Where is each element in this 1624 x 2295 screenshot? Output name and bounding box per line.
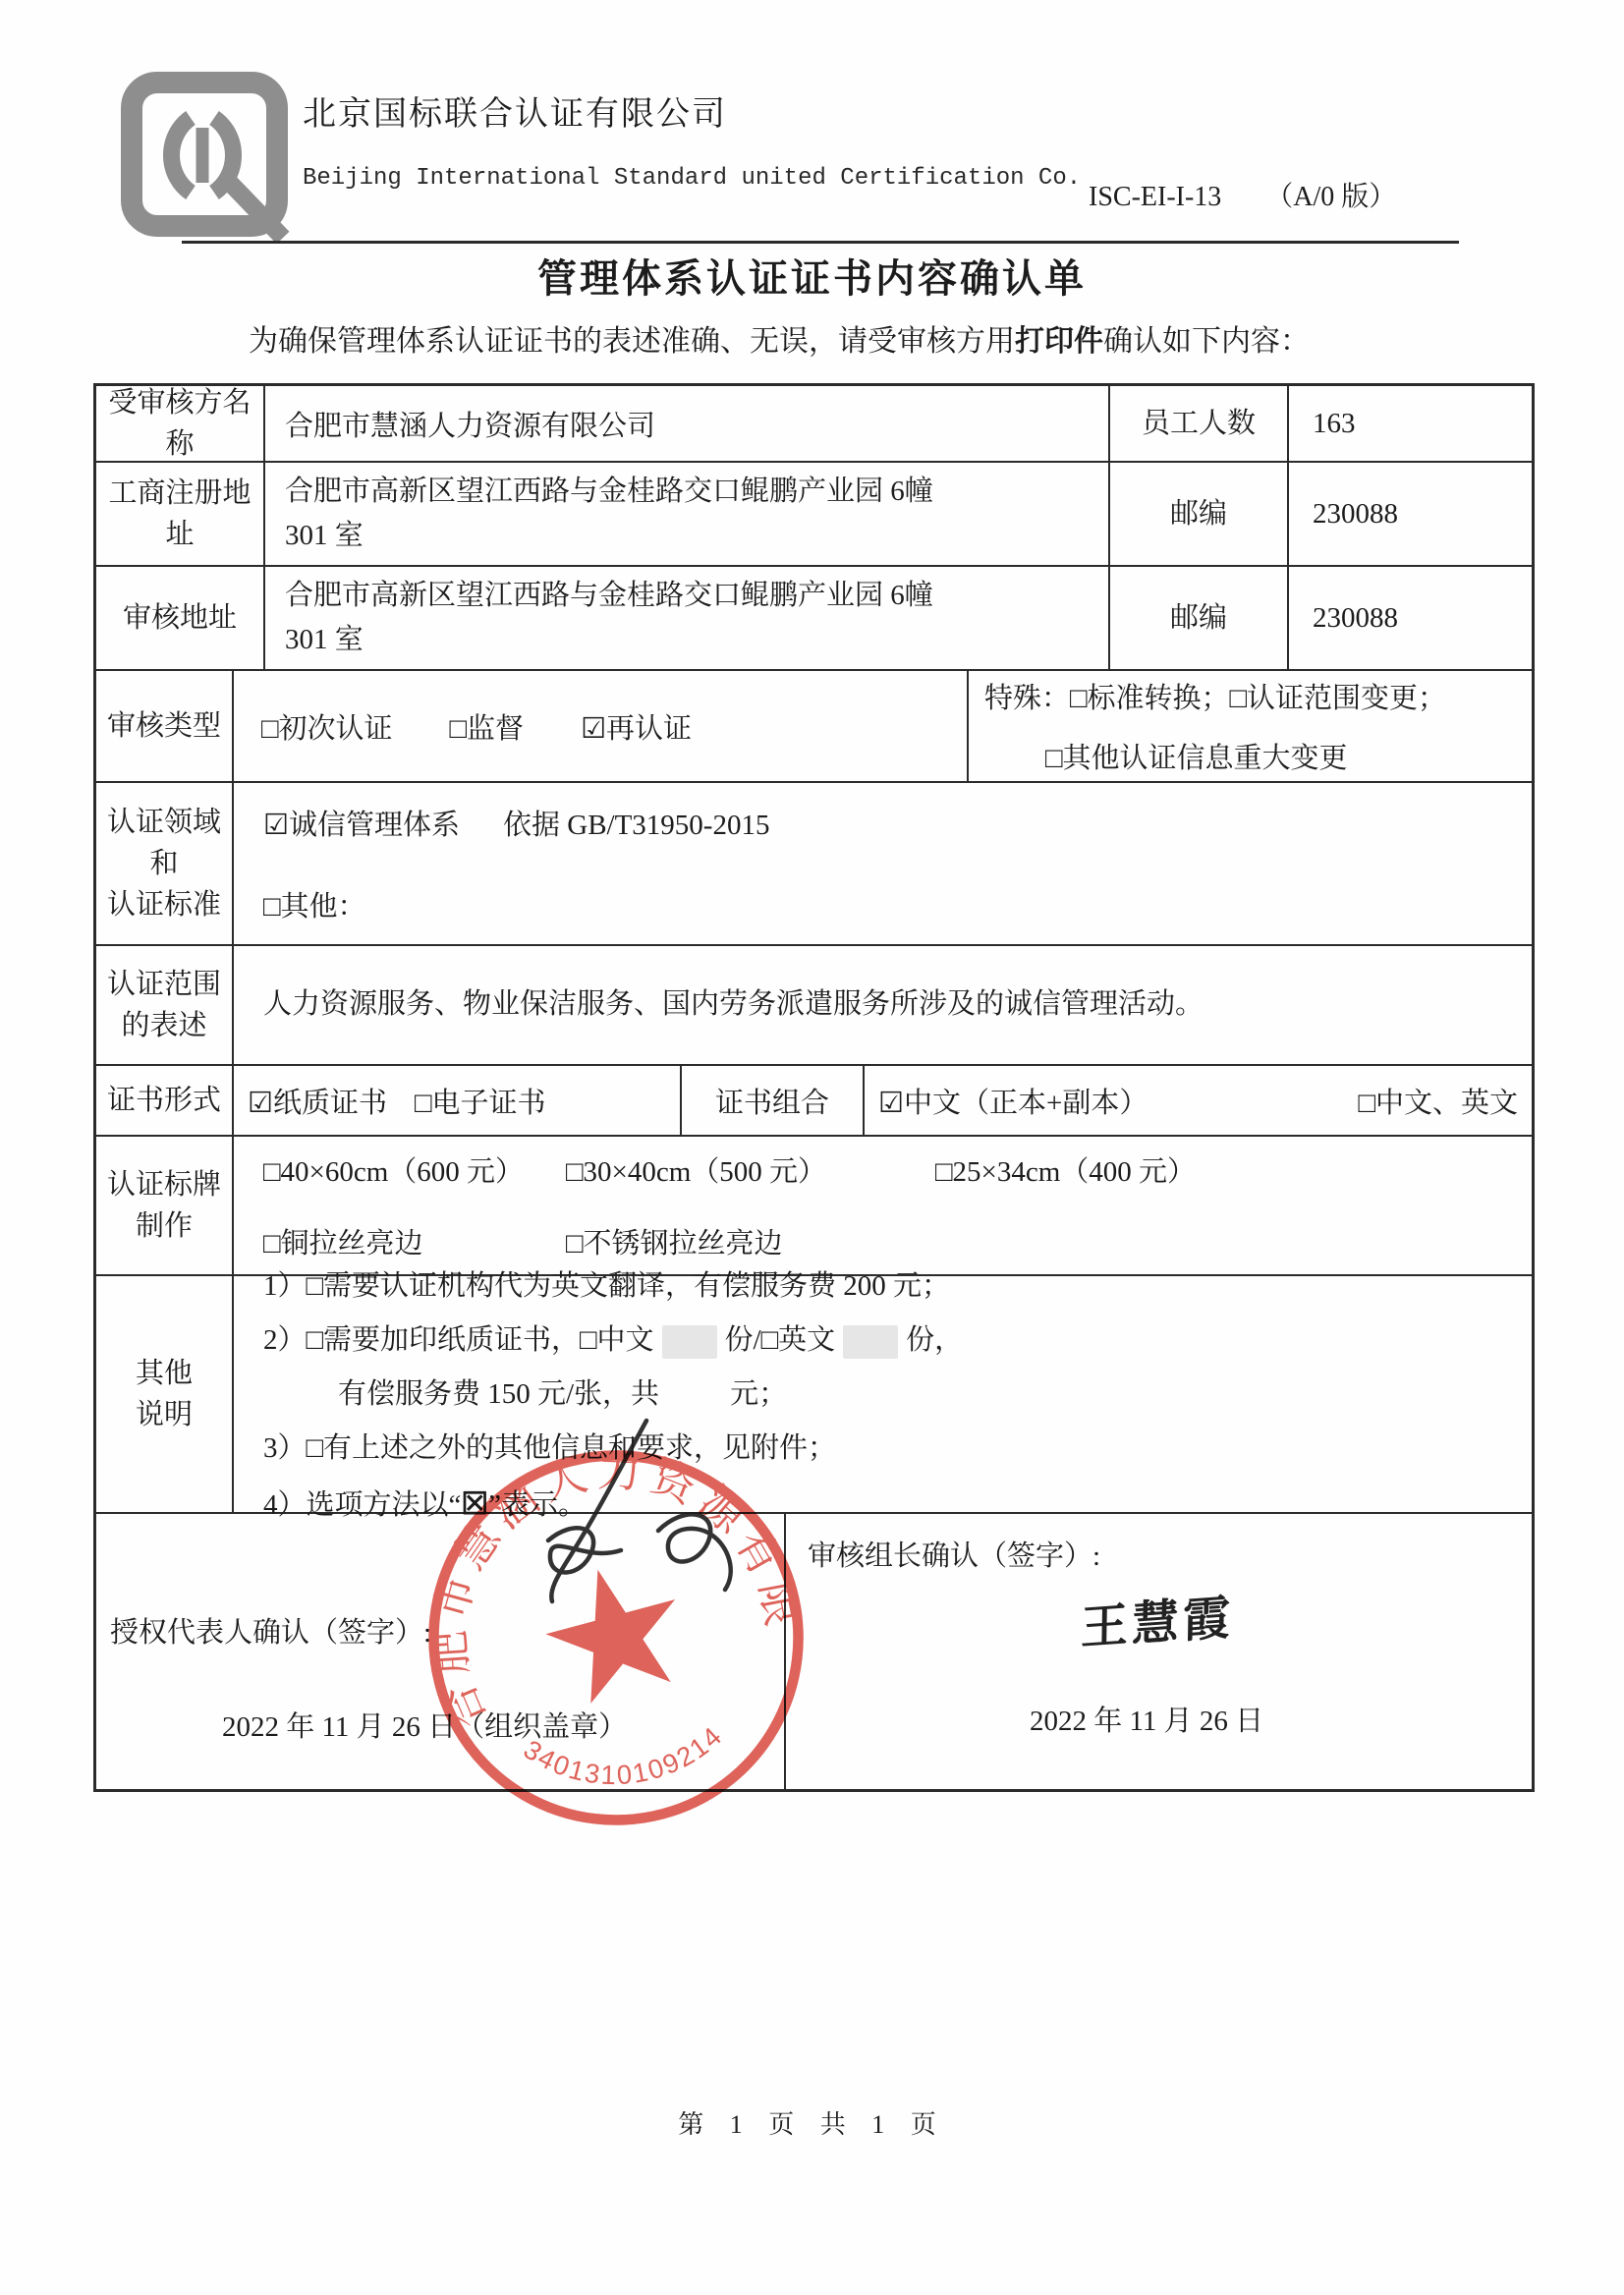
- checkbox-recertification[interactable]: ☑再认证: [581, 706, 692, 747]
- auditee-label-cell: 受审核方名称: [96, 386, 263, 461]
- intro-post: 确认如下内容：: [1103, 325, 1310, 358]
- checkbox-paper-certificate[interactable]: ☑纸质证书: [248, 1081, 387, 1121]
- checkbox-initial-certification[interactable]: □初次认证: [261, 706, 393, 747]
- certificate-combo-label-cell: 证书组合: [680, 1066, 863, 1135]
- row-auditee: 受审核方名称 合肥市慧涵人力资源有限公司 员工人数 163: [96, 386, 1532, 461]
- certification-scope-value-cell[interactable]: 人力资源服务、物业保洁服务、国内劳务派遣服务所涉及的诚信管理活动。: [232, 946, 1532, 1064]
- zip1-label: 邮编: [1170, 493, 1227, 534]
- standard-basis: 依据 GB/T31950-2015: [503, 803, 769, 843]
- scanned-certificate-confirmation-form: 北京国标联合认证有限公司 Beijing International Stand…: [0, 0, 1624, 2295]
- checkbox-other-major-change[interactable]: □其他认证信息重大变更: [984, 736, 1526, 776]
- registered-address-label: 工商注册地址: [96, 473, 263, 555]
- note2-end: 份，: [906, 1324, 963, 1356]
- audit-address-label-cell: 审核地址: [96, 567, 263, 669]
- certification-field-label-cell: 认证领域 和 认证标准: [96, 783, 232, 944]
- checkbox-plaque-25x34[interactable]: □25×34cm（400 元）: [935, 1149, 1196, 1190]
- checkbox-plaque-30x40[interactable]: □30×40cm（500 元）: [566, 1149, 935, 1190]
- audit-address-label: 审核地址: [123, 597, 237, 639]
- checkbox-english-translation-service[interactable]: 1）□需要认证机构代为英文翻译，有偿服务费 200 元；: [263, 1267, 1516, 1306]
- checkbox-plaque-stainless-edge[interactable]: □不锈钢拉丝亮边: [566, 1221, 783, 1261]
- svg-text:合肥市慧涵人力资源有限公司: 合肥市慧涵人力资源有限公司: [424, 1446, 808, 1744]
- other-notes-label-line1: 其他: [136, 1353, 193, 1394]
- staff-count-value-cell[interactable]: 163: [1287, 386, 1532, 461]
- audit-team-leader-label: 审核组长确认（签字）:: [808, 1534, 1100, 1574]
- zip2-label: 邮编: [1170, 597, 1227, 639]
- cert-scope-label-line2: 的表述: [121, 1005, 206, 1046]
- intro-emphasis: 打印件: [1015, 325, 1103, 358]
- staff-count-value: 163: [1313, 408, 1356, 440]
- plaque-label-line1: 认证标牌: [107, 1164, 221, 1205]
- zip1-label-cell: 邮编: [1108, 463, 1287, 565]
- auditee-value: 合肥市慧涵人力资源有限公司: [285, 404, 655, 444]
- auditee-value-cell[interactable]: 合肥市慧涵人力资源有限公司: [263, 386, 1108, 461]
- page-title: 管理体系认证证书内容确认单: [0, 248, 1624, 304]
- row-certification-field: 认证领域 和 认证标准 ☑诚信管理体系 依据 GB/T31950-2015 □其…: [96, 781, 1532, 944]
- page-number-footer: 第 1 页 共 1 页: [0, 2104, 1624, 2141]
- plaque-label-cell: 认证标牌 制作: [96, 1137, 232, 1274]
- authorized-representative-label: 授权代表人确认（签字）:: [110, 1610, 431, 1651]
- checkbox-other-standard[interactable]: □其他：: [263, 884, 1516, 924]
- audit-address-value: 合肥市高新区望江西路与金桂路交口鲲鹏产业园 6幢 301 室: [285, 574, 963, 662]
- checkbox-electronic-certificate[interactable]: □电子证书: [415, 1081, 546, 1121]
- note2-pre: 2）□需要加印纸质证书，□中文: [263, 1324, 654, 1356]
- plaque-label-line2: 制作: [136, 1205, 193, 1247]
- checkbox-plaque-copper-edge[interactable]: □铜拉丝亮边: [263, 1221, 566, 1261]
- row-audit-address: 审核地址 合肥市高新区望江西路与金桂路交口鲲鹏产业园 6幢 301 室 邮编 2…: [96, 565, 1532, 669]
- cert-field-label-line3: 认证标准: [107, 884, 221, 925]
- note2b-pre: 有偿服务费 150 元/张，共: [338, 1378, 659, 1410]
- audit-type-options-cell: □初次认证 □监督 ☑再认证: [232, 671, 967, 781]
- cert-field-label-line1: 认证领域: [107, 802, 221, 843]
- row-signatures: 授权代表人确认（签字）: 2022 年 11 月 26 日（组织盖章） 审核组长…: [96, 1512, 1532, 1789]
- plaque-options-cell: □40×60cm（600 元） □30×40cm（500 元） □25×34cm…: [232, 1137, 1532, 1274]
- checkbox-chinese-english[interactable]: □中文、英文: [1358, 1081, 1518, 1121]
- audit-team-leader-date: 2022 年 11 月 26 日: [1030, 1699, 1263, 1739]
- company-name-en: Beijing International Standard united Ce…: [303, 165, 1081, 192]
- cert-field-label-line2: 和: [149, 843, 178, 884]
- staff-count-label: 员工人数: [1142, 403, 1256, 444]
- row-certificate-form: 证书形式 ☑纸质证书 □电子证书 证书组合 ☑中文（正本+副本） □中文、英文: [96, 1064, 1532, 1135]
- header-divider: [182, 241, 1459, 244]
- seal-star-icon: [533, 1552, 696, 1710]
- row-other-notes: 其他 说明 1）□需要认证机构代为英文翻译，有偿服务费 200 元； 2）□需要…: [96, 1274, 1532, 1512]
- certificate-combo-options-cell: ☑中文（正本+副本） □中文、英文: [863, 1066, 1532, 1135]
- confirmation-form-table: 受审核方名称 合肥市慧涵人力资源有限公司 员工人数 163 工商注册地址 合肥市…: [93, 383, 1535, 1792]
- note2-mid: 份/□英文: [725, 1324, 836, 1356]
- doc-code-number: ISC-EI-I-13: [1089, 182, 1221, 212]
- registered-address-value: 合肥市高新区望江西路与金桂路交口鲲鹏产业园 6幢 301 室: [285, 470, 963, 558]
- row-registered-address: 工商注册地址 合肥市高新区望江西路与金桂路交口鲲鹏产业园 6幢 301 室 邮编…: [96, 461, 1532, 565]
- intro-pre: 为确保管理体系认证证书的表述准确、无误，请受审核方用: [249, 325, 1015, 358]
- audit-type-special-cell: 特殊：□标准转换；□认证范围变更； □其他认证信息重大变更: [967, 671, 1532, 781]
- certification-body-logo-icon: [116, 69, 298, 244]
- doc-code-version: （A/0 版）: [1265, 182, 1396, 212]
- company-seal-stamp: 合肥市慧涵人力资源有限公司 3401310109214: [424, 1446, 808, 1829]
- row-plaque: 认证标牌 制作 □40×60cm（600 元） □30×40cm（500 元） …: [96, 1135, 1532, 1274]
- zip2-value-cell[interactable]: 230088: [1287, 567, 1532, 669]
- zip2-label-cell: 邮编: [1108, 567, 1287, 669]
- document-code: ISC-EI-I-13 （A/0 版）: [1089, 175, 1396, 214]
- certification-scope-text: 人力资源服务、物业保洁服务、国内劳务派遣服务所涉及的诚信管理活动。: [263, 983, 1516, 1027]
- other-notes-label-line2: 说明: [136, 1394, 193, 1435]
- zip2-value: 230088: [1313, 602, 1398, 635]
- zip1-value: 230088: [1313, 498, 1398, 531]
- intro-text: 为确保管理体系认证证书的表述准确、无误，请受审核方用打印件确认如下内容：: [249, 316, 1310, 360]
- company-name-cn: 北京国标联合认证有限公司: [303, 86, 727, 135]
- certificate-form-options-cell: ☑纸质证书 □电子证书: [232, 1066, 680, 1135]
- other-notes-label-cell: 其他 说明: [96, 1276, 232, 1512]
- audit-type-label-cell: 审核类型: [96, 671, 232, 781]
- registered-address-value-cell[interactable]: 合肥市高新区望江西路与金桂路交口鲲鹏产业园 6幢 301 室: [263, 463, 1108, 565]
- staff-count-label-cell: 员工人数: [1108, 386, 1287, 461]
- copies-blank-english[interactable]: [843, 1325, 898, 1359]
- audit-type-label: 审核类型: [107, 705, 221, 747]
- checkbox-integrity-management-system[interactable]: ☑诚信管理体系: [263, 803, 460, 843]
- certificate-combo-label: 证书组合: [715, 1081, 829, 1121]
- audit-team-leader-signature: 王慧霞: [1081, 1579, 1235, 1657]
- note2-fee-line: 有偿服务费 150 元/张，共元；: [263, 1375, 1516, 1414]
- row-certification-scope: 认证范围 的表述 人力资源服务、物业保洁服务、国内劳务派遣服务所涉及的诚信管理活…: [96, 944, 1532, 1064]
- special-options-line1[interactable]: 特殊：□标准转换；□认证范围变更；: [984, 676, 1526, 716]
- cert-scope-label-line1: 认证范围: [107, 964, 221, 1005]
- copies-blank-chinese[interactable]: [662, 1325, 717, 1359]
- checkbox-plaque-40x60[interactable]: □40×60cm（600 元）: [263, 1149, 566, 1190]
- row-audit-type: 审核类型 □初次认证 □监督 ☑再认证 特殊：□标准转换；□认证范围变更； □其…: [96, 669, 1532, 781]
- checkbox-surveillance[interactable]: □监督: [450, 706, 525, 747]
- audit-team-leader-cell[interactable]: 审核组长确认（签字）: 王慧霞 2022 年 11 月 26 日: [784, 1514, 1532, 1789]
- seal-company-name: 合肥市慧涵人力资源有限公司: [424, 1446, 808, 1744]
- zip1-value-cell[interactable]: 230088: [1287, 463, 1532, 565]
- checkbox-extra-paper-certificates[interactable]: 2）□需要加印纸质证书，□中文份/□英文份，: [263, 1321, 1516, 1360]
- certificate-form-label-cell: 证书形式: [96, 1066, 232, 1135]
- checkbox-chinese-original-copy[interactable]: ☑中文（正本+副本）: [878, 1081, 1148, 1121]
- certification-field-value-cell: ☑诚信管理体系 依据 GB/T31950-2015 □其他：: [232, 783, 1532, 944]
- registered-address-label-cell: 工商注册地址: [96, 463, 263, 565]
- certificate-form-label: 证书形式: [107, 1080, 221, 1121]
- note2b-end: 元；: [730, 1378, 787, 1410]
- audit-address-value-cell[interactable]: 合肥市高新区望江西路与金桂路交口鲲鹏产业园 6幢 301 室: [263, 567, 1108, 669]
- auditee-label: 受审核方名称: [96, 382, 263, 465]
- certification-scope-label-cell: 认证范围 的表述: [96, 946, 232, 1064]
